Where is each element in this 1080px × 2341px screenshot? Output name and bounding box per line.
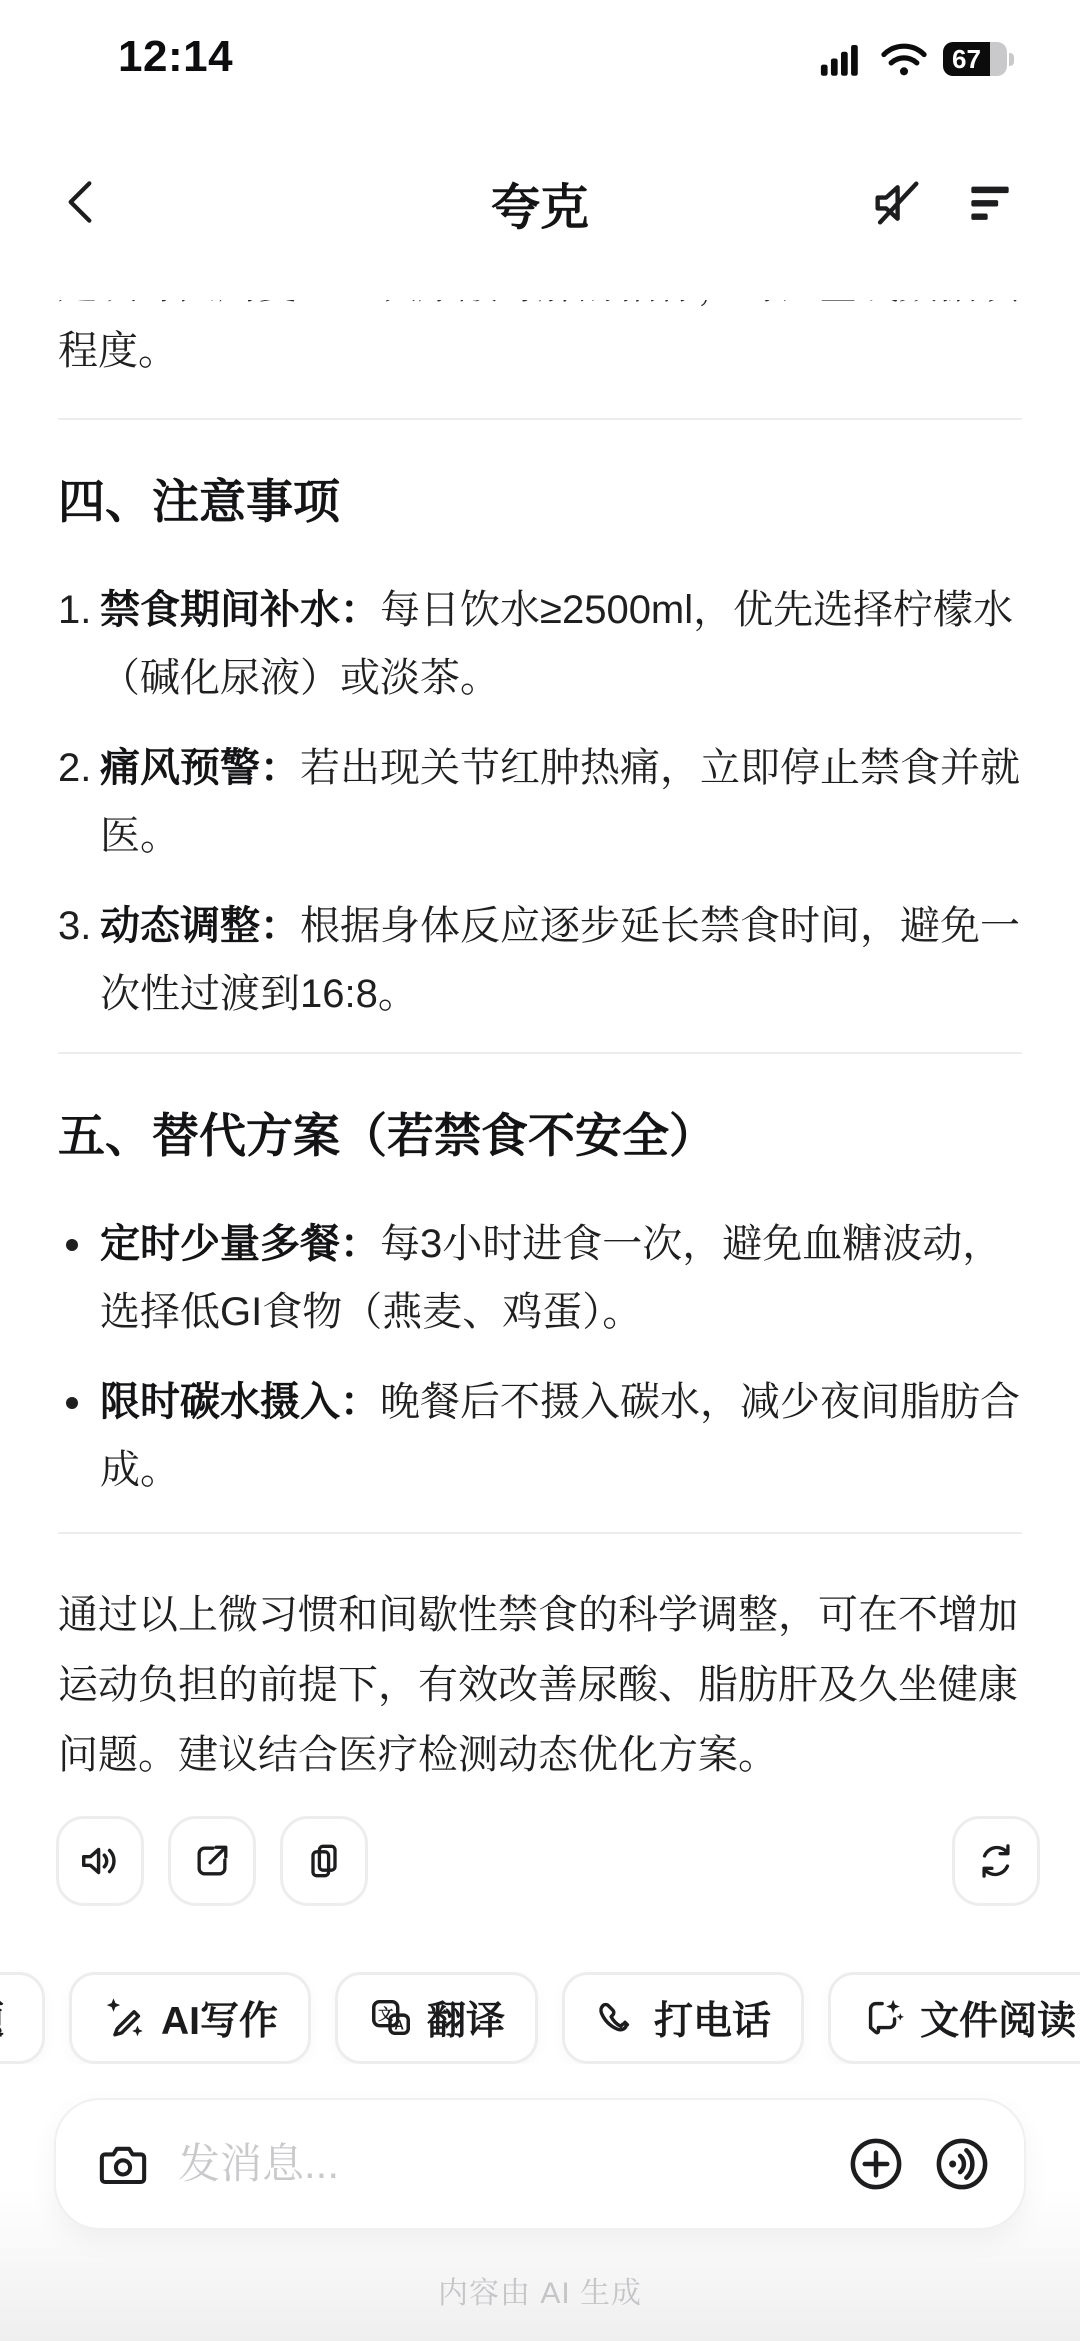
list-number: 3. — [58, 892, 100, 1028]
bullet-dot — [66, 1239, 78, 1251]
message-input[interactable] — [176, 2139, 846, 2189]
speak-aloud-icon — [77, 1838, 123, 1884]
sparkle-pen-icon — [102, 1995, 148, 2041]
list-text: 限时碳水摄入：晚餐后不摄入碳水，减少夜间脂肪合成。 — [100, 1368, 1022, 1504]
status-time: 12:14 — [118, 32, 233, 82]
status-bar: 12:14 67 — [0, 0, 1080, 108]
list-item: 3. 动态调整：根据身体反应逐步延长禁食时间，避免一次性过渡到16:8。 — [58, 892, 1022, 1028]
translate-icon: 文 A — [368, 1995, 414, 2041]
composer-bar — [54, 2098, 1026, 2230]
voice-circle-icon[interactable] — [932, 2134, 992, 2194]
mute-button[interactable] — [868, 174, 926, 232]
share-icon — [190, 1839, 234, 1883]
chip-file-reading[interactable]: 文件阅读 — [828, 1972, 1080, 2064]
divider — [58, 1052, 1022, 1054]
nav-bar: 夸克 — [0, 108, 1080, 300]
wifi-icon — [879, 40, 929, 78]
chip-phone-call[interactable]: 打电话 — [562, 1972, 804, 2064]
plus-circle-icon[interactable] — [846, 2134, 906, 2194]
status-icons: 67 — [817, 40, 1014, 78]
share-button[interactable] — [168, 1816, 256, 1906]
quark-chat-screen: 12:14 67 — [0, 0, 1080, 2341]
menu-button[interactable] — [962, 175, 1018, 231]
chip-translate[interactable]: 文 A 翻译 — [335, 1972, 538, 2064]
regenerate-icon — [974, 1839, 1018, 1883]
back-chevron-icon — [58, 174, 102, 230]
list-number: 2. — [58, 734, 100, 870]
camera-icon[interactable] — [96, 2137, 150, 2191]
list-number: 1. — [58, 576, 100, 712]
battery-percent: 67 — [943, 42, 990, 76]
ai-disclaimer: 内容由 AI 生成 — [0, 2268, 1080, 2312]
svg-text:A: A — [394, 2018, 404, 2033]
list-lines-icon — [962, 175, 1018, 231]
list-item: 限时碳水摄入：晚餐后不摄入碳水，减少夜间脂肪合成。 — [58, 1368, 1022, 1504]
list-text: 动态调整：根据身体反应逐步延长禁食时间，避免一次性过渡到16:8。 — [100, 892, 1022, 1028]
list-text: 禁食期间补水：每日饮水≥2500ml，优先选择柠檬水（碱化尿液）或淡茶。 — [100, 576, 1022, 712]
phone-icon — [595, 1995, 641, 2041]
page-title: 夸克 — [491, 169, 589, 239]
list-text: 痛风预警：若出现关节红肿热痛，立即停止禁食并就医。 — [100, 734, 1022, 870]
list-item: 定时少量多餐：每3小时进食一次，避免血糖波动，选择低GI食物（燕麦、鸡蛋）。 — [58, 1210, 1022, 1346]
message-content: 建议每四周复查一次尿酸与肝酶指标，对比基线数据以评估整体改善情况 程度。 四、注… — [0, 300, 1080, 1790]
clipped-text-line: 建议每四周复查一次尿酸与肝酶指标，对比基线数据以评估整体改善情况 — [58, 300, 1022, 314]
section-heading-5: 五、替代方案（若禁食不安全） — [58, 1106, 1022, 1166]
regenerate-button[interactable] — [952, 1816, 1040, 1906]
paragraph-tail: 程度。 — [58, 318, 1022, 384]
file-read-icon — [861, 1995, 907, 2041]
copy-icon — [302, 1839, 346, 1883]
list-text: 定时少量多餐：每3小时进食一次，避免血糖波动，选择低GI食物（燕麦、鸡蛋）。 — [100, 1210, 1022, 1346]
list-item: 1. 禁食期间补水：每日饮水≥2500ml，优先选择柠檬水（碱化尿液）或淡茶。 — [58, 576, 1022, 712]
speak-aloud-button[interactable] — [56, 1816, 144, 1906]
tool-chip-bar: 题 AI写作 文 A — [0, 1972, 1080, 2064]
section-heading-4: 四、注意事项 — [58, 472, 1022, 532]
battery-icon: 67 — [943, 42, 1014, 76]
summary-paragraph: 通过以上微习惯和间歇性禁食的科学调整，可在不增加运动负担的前提下，有效改善尿酸、… — [58, 1580, 1022, 1790]
bullet-dot — [66, 1397, 78, 1409]
chip-ai-writing[interactable]: AI写作 — [69, 1972, 311, 2064]
chip-clipped[interactable]: 题 — [0, 1972, 45, 2064]
cellular-signal-icon — [817, 40, 865, 78]
list-item: 2. 痛风预警：若出现关节红肿热痛，立即停止禁食并就医。 — [58, 734, 1022, 870]
copy-button[interactable] — [280, 1816, 368, 1906]
divider — [58, 1532, 1022, 1534]
speaker-muted-icon — [868, 174, 926, 232]
back-button[interactable] — [58, 174, 102, 230]
divider — [58, 418, 1022, 420]
message-actions — [0, 1790, 1080, 1906]
